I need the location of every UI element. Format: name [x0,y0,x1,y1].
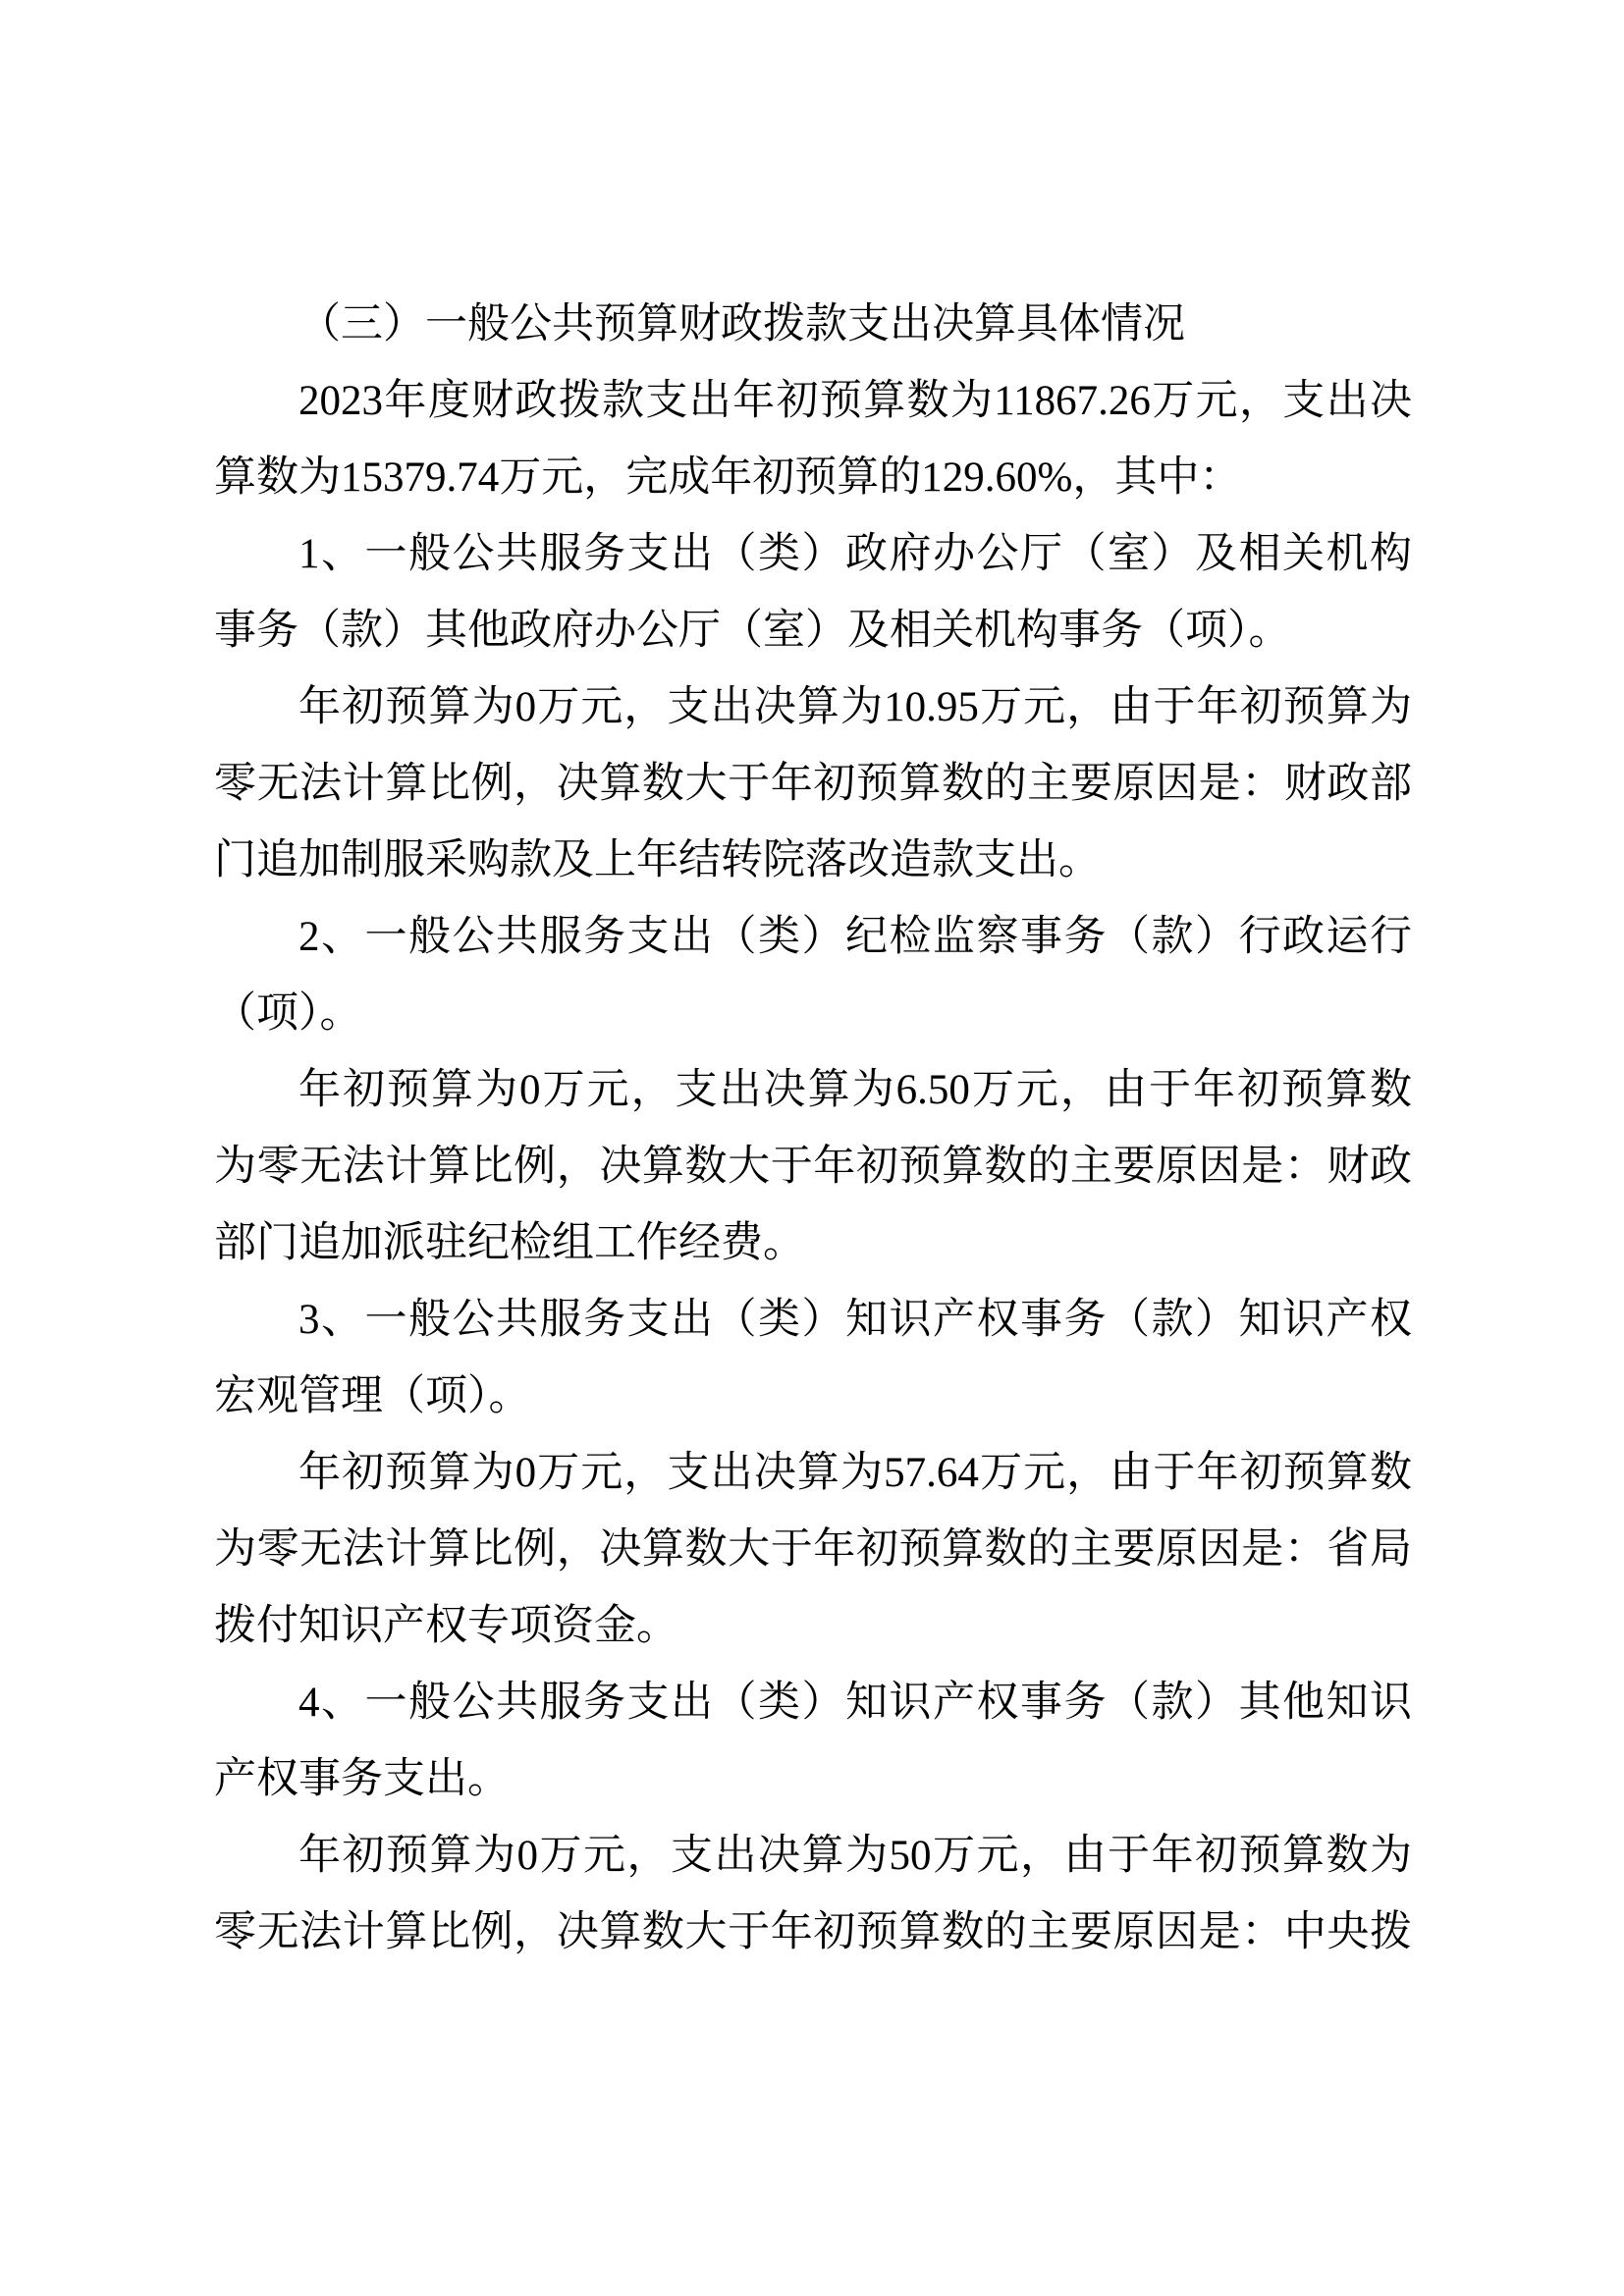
text-line: 事务（款）其他政府办公厅（室）及相关机构事务（项）。 [214,593,1412,669]
text-line: 年初预算为0万元，支出决算为6.50万元，由于年初预算数 [214,1052,1412,1129]
text-line: 年初预算为0万元，支出决算为10.95万元，由于年初预算为 [214,669,1412,746]
text-line: 2023年度财政拨款支出年初预算数为11867.26万元，支出决 [214,363,1412,440]
text-block: （三）一般公共预算财政拨款支出决算具体情况 2023年度财政拨款支出年初预算数为… [214,287,1412,1971]
text-line: 算数为15379.74万元，完成年初预算的129.60%，其中： [214,440,1412,516]
text-line: 年初预算为0万元，支出决算为57.64万元，由于年初预算数 [214,1435,1412,1512]
text-line: 拨付知识产权专项资金。 [214,1588,1412,1665]
text-line: 宏观管理（项）。 [214,1359,1412,1435]
text-line: 1、一般公共服务支出（类）政府办公厅（室）及相关机构 [214,516,1412,593]
text-line: 部门追加派驻纪检组工作经费。 [214,1205,1412,1282]
document-page: （三）一般公共预算财政拨款支出决算具体情况 2023年度财政拨款支出年初预算数为… [0,0,1624,2296]
text-line: 产权事务支出。 [214,1741,1412,1818]
text-line: 4、一般公共服务支出（类）知识产权事务（款）其他知识 [214,1665,1412,1741]
text-line: 2、一般公共服务支出（类）纪检监察事务（款）行政运行 [214,899,1412,976]
text-line: 3、一般公共服务支出（类）知识产权事务（款）知识产权 [214,1282,1412,1359]
text-line: 门追加制服采购款及上年结转院落改造款支出。 [214,823,1412,899]
text-line: 零无法计算比例，决算数大于年初预算数的主要原因是：中央拨 [214,1895,1412,1971]
text-line: 为零无法计算比例，决算数大于年初预算数的主要原因是：财政 [214,1129,1412,1205]
section-heading: （三）一般公共预算财政拨款支出决算具体情况 [214,287,1412,363]
text-line: 年初预算为0万元，支出决算为50万元，由于年初预算数为 [214,1818,1412,1895]
text-line: 为零无法计算比例，决算数大于年初预算数的主要原因是：省局 [214,1512,1412,1588]
text-line: 零无法计算比例，决算数大于年初预算数的主要原因是：财政部 [214,746,1412,823]
text-line: （项）。 [214,976,1412,1052]
